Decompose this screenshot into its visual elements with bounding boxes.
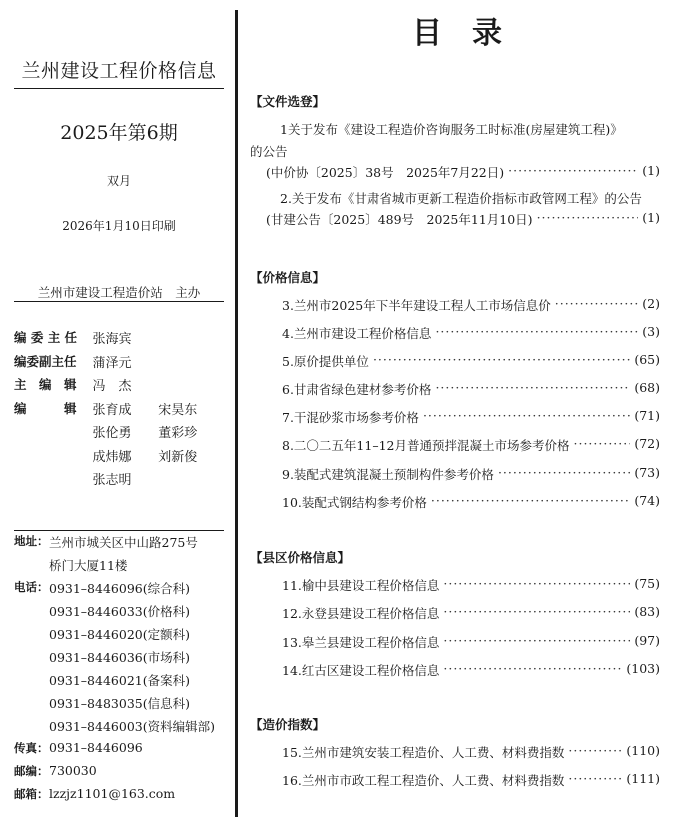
host-organization: 兰州市建设工程造价站 主办 bbox=[14, 283, 224, 301]
masthead-column: 兰州建设工程价格信息 2025年第6期 双月 2026年1月10日印刷 兰州市建… bbox=[0, 0, 236, 817]
page-number: (83) bbox=[634, 604, 660, 622]
contact-info: 地址：兰州市城关区中山路275号 桥门大厦11楼 电话：0931–8446096… bbox=[14, 533, 229, 809]
page-number: (97) bbox=[634, 633, 660, 651]
toc-entry[interactable]: 13.皋兰县建设工程价格信息(97) bbox=[250, 633, 660, 651]
page-number: (74) bbox=[634, 493, 660, 511]
page-number: (65) bbox=[634, 352, 660, 370]
magazine-title: 兰州建设工程价格信息 bbox=[14, 56, 224, 83]
toc-entry-ref[interactable]: (中价协〔2025〕38号 2025年7月22日)(1) bbox=[250, 163, 660, 181]
host-rule bbox=[14, 301, 224, 302]
dot-leader bbox=[568, 743, 622, 761]
dot-leader bbox=[568, 771, 622, 789]
contact-row: 桥门大厦11楼 bbox=[14, 556, 229, 579]
dot-leader bbox=[435, 380, 630, 398]
staff-row: 张志明 bbox=[14, 469, 224, 493]
issue-number: 2025年第6期 bbox=[14, 118, 224, 145]
page-number: (111) bbox=[626, 771, 660, 789]
page-number: (73) bbox=[634, 465, 660, 483]
contact-row: 0931–8446036(市场科) bbox=[14, 648, 229, 671]
contact-row: 地址：兰州市城关区中山路275号 bbox=[14, 533, 229, 556]
dot-leader bbox=[537, 210, 639, 228]
table-of-contents: 目录 【文件选登】 1关于发布《建设工程造价咨询服务工时标准(房屋建筑工程)》 … bbox=[238, 0, 678, 817]
toc-entry[interactable]: 3.兰州市2025年下半年建设工程人工市场信息价(2) bbox=[250, 296, 660, 314]
staff-row: 张伦勇董彩珍 bbox=[14, 422, 224, 446]
dot-leader bbox=[443, 604, 630, 622]
toc-entry-continued[interactable]: 的公告 bbox=[250, 142, 660, 160]
title-rule bbox=[14, 88, 224, 89]
toc-entry[interactable]: 11.榆中县建设工程价格信息(75) bbox=[250, 576, 660, 594]
toc-entry[interactable]: 2.关于发布《甘肃省城市更新工程造价指标市政管网工程》的公告 bbox=[250, 189, 672, 207]
staff-row: 编 辑张育成宋昊东 bbox=[14, 399, 224, 423]
contact-row: 0931–8446003(资料编辑部) bbox=[14, 717, 229, 740]
page-number: (1) bbox=[642, 163, 660, 181]
page-number: (103) bbox=[626, 661, 660, 679]
dot-leader bbox=[443, 633, 630, 651]
staff-row: 成炜娜刘新俊 bbox=[14, 446, 224, 470]
editorial-staff: 编 委 主 任张海宾 编委副主任蒲泽元 主 编 辑冯 杰 编 辑张育成宋昊东 张… bbox=[14, 328, 224, 493]
email-address: lzzjz1101@163.com bbox=[49, 786, 175, 809]
dot-leader bbox=[373, 352, 630, 370]
toc-entry-ref[interactable]: (甘建公告〔2025〕489号 2025年11月10日)(1) bbox=[250, 210, 660, 228]
page-number: (68) bbox=[634, 380, 660, 398]
toc-entry[interactable]: 15.兰州市建筑安装工程造价、人工费、材料费指数(110) bbox=[250, 743, 660, 761]
toc-entry[interactable]: 7.干混砂浆市场参考价格(71) bbox=[250, 408, 660, 426]
toc-entry[interactable]: 6.甘肃省绿色建材参考价格(68) bbox=[250, 380, 660, 398]
dot-leader bbox=[443, 576, 630, 594]
page-number: (3) bbox=[642, 324, 660, 342]
dot-leader bbox=[435, 324, 638, 342]
page-number: (110) bbox=[626, 743, 660, 761]
contact-row: 传真：0931–8446096 bbox=[14, 740, 229, 763]
staff-row: 编委副主任蒲泽元 bbox=[14, 352, 224, 376]
contact-row: 0931–8446020(定额科) bbox=[14, 625, 229, 648]
contact-rule bbox=[14, 530, 224, 531]
toc-entry[interactable]: 4.兰州市建设工程价格信息(3) bbox=[250, 324, 660, 342]
toc-entry[interactable]: 10.装配式钢结构参考价格(74) bbox=[250, 493, 660, 511]
staff-row: 主 编 辑冯 杰 bbox=[14, 375, 224, 399]
contact-row: 电话：0931–8446096(综合科) bbox=[14, 579, 229, 602]
dot-leader bbox=[574, 436, 631, 454]
page-number: (71) bbox=[634, 408, 660, 426]
staff-row: 编 委 主 任张海宾 bbox=[14, 328, 224, 352]
contact-row: 0931–8483035(信息科) bbox=[14, 694, 229, 717]
dot-leader bbox=[555, 296, 639, 314]
page-number: (2) bbox=[642, 296, 660, 314]
toc-entry[interactable]: 5.原价提供单位(65) bbox=[250, 352, 660, 370]
contact-row: 0931–8446021(备案科) bbox=[14, 671, 229, 694]
toc-entry[interactable]: 16.兰州市市政工程工程造价、人工费、材料费指数(111) bbox=[250, 771, 660, 789]
toc-entry[interactable]: 1关于发布《建设工程造价咨询服务工时标准(房屋建筑工程)》 bbox=[250, 120, 672, 138]
publication-frequency: 双月 bbox=[14, 172, 224, 189]
toc-title: 目录 bbox=[238, 8, 678, 52]
dot-leader bbox=[423, 408, 630, 426]
section-heading: 【价格信息】 bbox=[250, 268, 325, 286]
contact-row: 邮箱：lzzjz1101@163.com bbox=[14, 786, 229, 809]
toc-entry[interactable]: 14.红古区建设工程价格信息(103) bbox=[250, 661, 660, 679]
dot-leader bbox=[443, 661, 622, 679]
dot-leader bbox=[498, 465, 630, 483]
page-number: (1) bbox=[642, 210, 660, 228]
toc-entry[interactable]: 12.永登县建设工程价格信息(83) bbox=[250, 604, 660, 622]
contact-row: 0931–8446033(价格科) bbox=[14, 602, 229, 625]
page-number: (72) bbox=[634, 436, 660, 454]
section-heading: 【造价指数】 bbox=[250, 715, 325, 733]
dot-leader bbox=[508, 163, 638, 181]
toc-entry[interactable]: 9.装配式建筑混凝土预制构件参考价格(73) bbox=[250, 465, 660, 483]
section-heading: 【文件选登】 bbox=[250, 92, 325, 110]
section-heading: 【县区价格信息】 bbox=[250, 548, 350, 566]
contact-row: 邮编：730030 bbox=[14, 763, 229, 786]
page-number: (75) bbox=[634, 576, 660, 594]
dot-leader bbox=[431, 493, 630, 511]
print-date: 2026年1月10日印刷 bbox=[14, 217, 224, 234]
toc-entry[interactable]: 8.二〇二五年11–12月普通预拌混凝土市场参考价格(72) bbox=[250, 436, 660, 454]
